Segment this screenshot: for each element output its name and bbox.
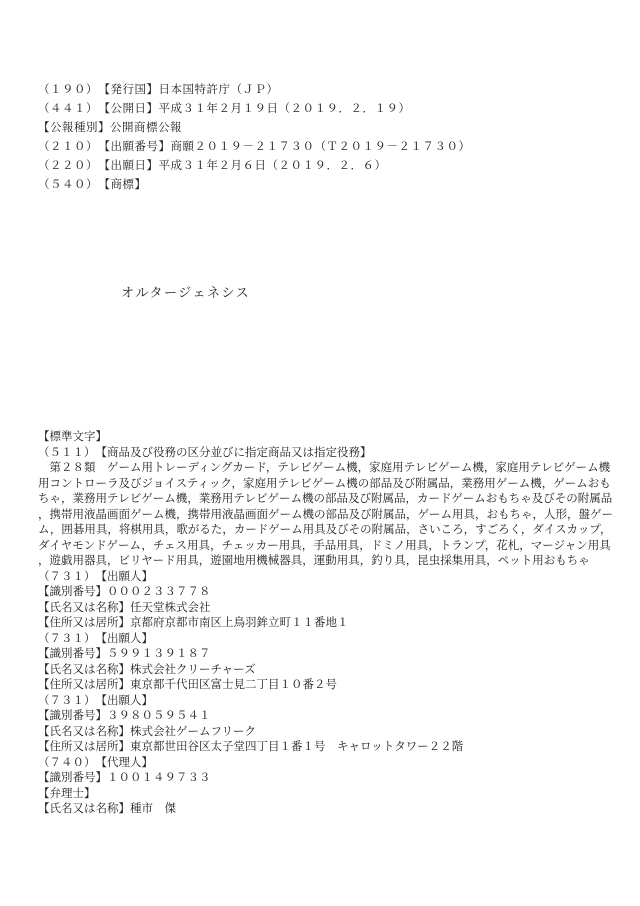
- detail-line-applicant3-address: 【住所又は居所】東京都世田谷区太子堂四丁目１番１号 キャロットタワー２２階: [38, 740, 613, 756]
- detail-line-agent-label: （７４０） 【代理人】: [38, 756, 613, 772]
- header-line-filing-date: （２２０） 【出願日】平成３１年２月６日（２０１９．２．６）: [38, 157, 471, 176]
- detail-line-agent-id: 【識別番号】１００１４９７３３: [38, 771, 613, 787]
- detail-line-applicant-label: （７３１） 【出願人】: [38, 632, 613, 648]
- detail-line-applicant-label: （７３１） 【出願人】: [38, 694, 613, 710]
- header-line-publication-date: （４４１） 【公開日】平成３１年２月１９日（２０１９．２．１９）: [38, 100, 471, 119]
- detail-line-applicant1-name: 【氏名又は名称】任天堂株式会社: [38, 601, 613, 617]
- header-line-issuing-country: （１９０） 【発行国】日本国特許庁（ＪＰ）: [38, 81, 471, 100]
- detail-line-applicant2-address: 【住所又は居所】東京都千代田区富士見二丁目１０番２号: [38, 678, 613, 694]
- header-line-application-number: （２１０） 【出願番号】商願２０１９－２１７３０（Ｔ２０１９－２１７３０）: [38, 138, 471, 157]
- detail-line-goods-text: ちゃ，業務用テレビゲーム機，業務用テレビゲーム機の部品及び附属品，カードゲームお…: [38, 492, 613, 508]
- detail-line-applicant-label: （７３１） 【出願人】: [38, 570, 613, 586]
- detail-line-goods-text: ム，囲碁用具，将棋用具，歌がるた，カードゲーム用具及びその附属品，さいころ，すご…: [38, 523, 613, 539]
- detail-line-agent-name: 【氏名又は名称】種市 傑: [38, 802, 613, 818]
- header-line-gazette-type: 【公報種別】公開商標公報: [38, 119, 471, 138]
- trademark-text: オルタージェネシス: [121, 284, 250, 302]
- detail-line-goods-text: 第２８類 ゲーム用トレーディングカード，テレビゲーム機，家庭用テレビゲーム機，家…: [38, 461, 613, 477]
- trademark-publication-page: （１９０） 【発行国】日本国特許庁（ＪＰ） （４４１） 【公開日】平成３１年２月…: [0, 0, 640, 906]
- detail-line-applicant2-id: 【識別番号】５９９１３９１８７: [38, 647, 613, 663]
- detail-line-applicant2-name: 【氏名又は名称】株式会社クリーチャーズ: [38, 663, 613, 679]
- detail-line-goods-text: ，携帯用液晶画面ゲーム機，携帯用液晶画面ゲーム機の部品及び附属品，ゲーム用具，お…: [38, 508, 613, 524]
- detail-line-goods-classification-label: （５１１） 【商品及び役務の区分並びに指定商品又は指定役務】: [38, 446, 613, 462]
- detail-line-goods-text: 用コントローラ及びジョイスティック，家庭用テレビゲーム機の部品及び附属品，業務用…: [38, 477, 613, 493]
- publication-details-block: 【標準文字】 （５１１） 【商品及び役務の区分並びに指定商品又は指定役務】 第２…: [38, 430, 613, 818]
- detail-line-applicant3-id: 【識別番号】３９８０５９５４１: [38, 709, 613, 725]
- detail-line-goods-text: ダイヤモンドゲーム，チェス用具，チェッカー用具，手品用具，ドミノ用具，トランプ，…: [38, 539, 613, 555]
- detail-line-patent-attorney-label: 【弁理士】: [38, 787, 613, 803]
- detail-line-applicant3-name: 【氏名又は名称】株式会社ゲームフリーク: [38, 725, 613, 741]
- header-line-trademark-label: （５４０） 【商標】: [38, 176, 471, 195]
- detail-line-applicant1-address: 【住所又は居所】京都府京都市南区上鳥羽鉾立町１１番地１: [38, 616, 613, 632]
- detail-line-goods-text: ，遊戯用器具，ビリヤード用具，遊園地用機械器具，運動用具，釣り具，昆虫採集用具，…: [38, 554, 613, 570]
- detail-line-applicant1-id: 【識別番号】０００２３３７７８: [38, 585, 613, 601]
- publication-header-block: （１９０） 【発行国】日本国特許庁（ＪＰ） （４４１） 【公開日】平成３１年２月…: [38, 81, 471, 195]
- detail-line-standard-characters: 【標準文字】: [38, 430, 613, 446]
